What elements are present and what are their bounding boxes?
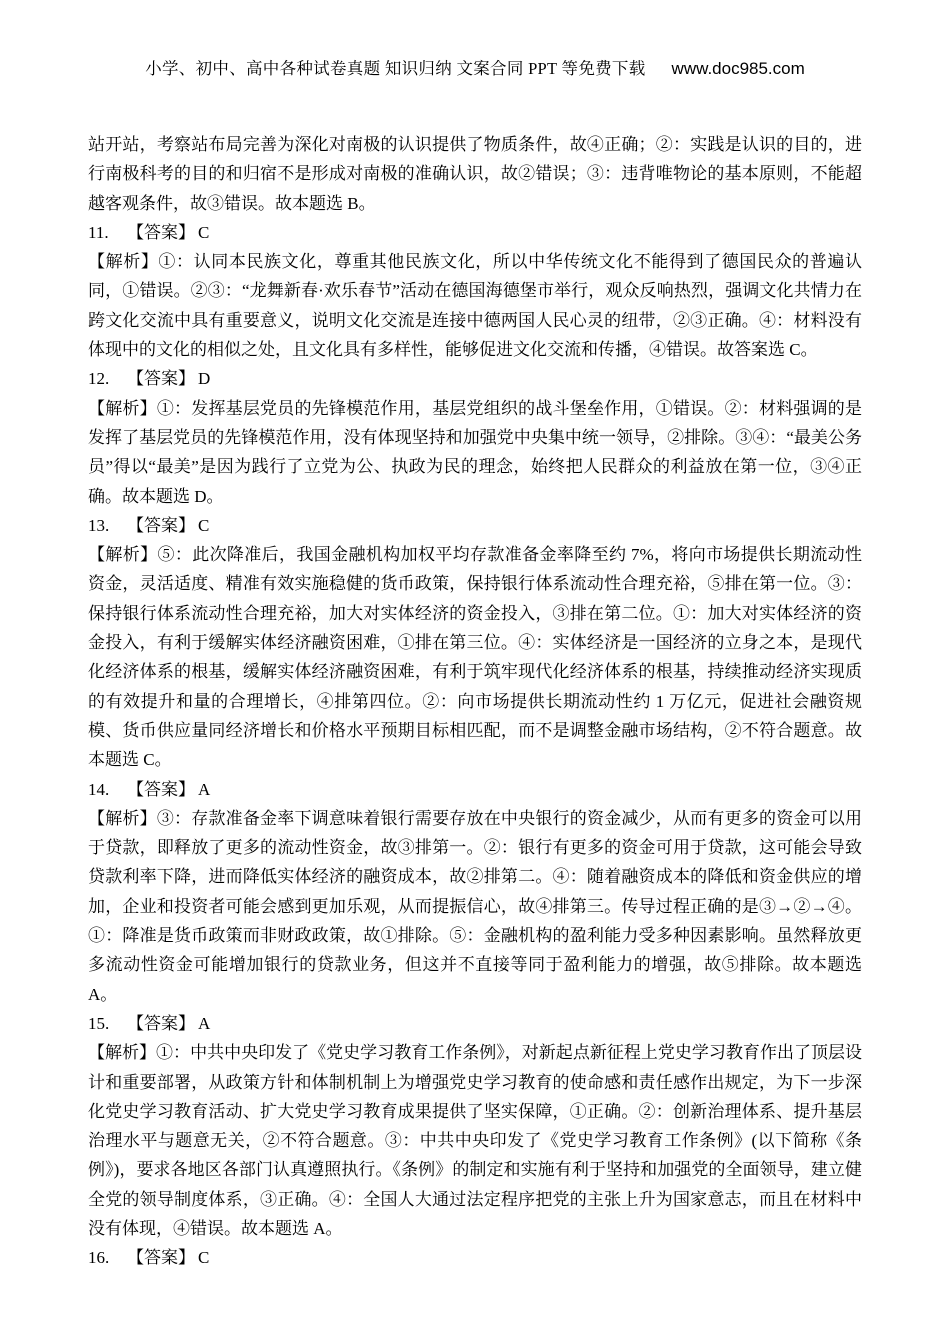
document-page: 小学、初中、高中各种试卷真题 知识归纳 文案合同 PPT 等免费下载www.do… xyxy=(0,0,950,1344)
analysis-text: ①：发挥基层党员的先锋模范作用，基层党组织的战斗堡垒作用，①错误。②：材料强调的… xyxy=(88,399,862,506)
analysis-label: 【解析】 xyxy=(88,809,157,828)
analysis-paragraph-15: 【解析】①：中共中央印发了《党史学习教育工作条例》，对新起点新征程上党史学习教育… xyxy=(88,1038,862,1243)
analysis-paragraph-12: 【解析】①：发挥基层党员的先锋模范作用，基层党组织的战斗堡垒作用，①错误。②：材… xyxy=(88,394,862,511)
question-number: 12. xyxy=(88,364,127,393)
question-number: 11. xyxy=(88,218,127,247)
answer-letter: A xyxy=(198,780,210,799)
question-number: 16. xyxy=(88,1243,127,1272)
answer-line-11: 11.【答案】C xyxy=(88,218,862,247)
answer-line-16: 16.【答案】C xyxy=(88,1243,862,1272)
analysis-text: ①：中共中央印发了《党史学习教育工作条例》，对新起点新征程上党史学习教育作出了顶… xyxy=(88,1043,862,1238)
answer-line-13: 13.【答案】C xyxy=(88,511,862,540)
answer-letter: D xyxy=(198,369,210,388)
answer-label: 【答案】 xyxy=(127,1248,195,1267)
answer-letter: A xyxy=(198,1014,210,1033)
question-number: 13. xyxy=(88,511,127,540)
continuation-paragraph: 站开站，考察站布局完善为深化对南极的认识提供了物质条件，故④正确；②：实践是认识… xyxy=(88,130,862,218)
analysis-text: ①：认同本民族文化，尊重其他民族文化，所以中华传统文化不能得到了德国民众的普遍认… xyxy=(88,252,862,359)
answer-line-15: 15.【答案】A xyxy=(88,1009,862,1038)
question-number: 15. xyxy=(88,1009,127,1038)
header-promo-text: 小学、初中、高中各种试卷真题 知识归纳 文案合同 PPT 等免费下载 xyxy=(145,59,645,78)
answer-letter: C xyxy=(198,1248,209,1267)
analysis-text: ③：存款准备金率下调意味着银行需要存放在中央银行的资金减少，从而有更多的资金可以… xyxy=(88,809,862,1004)
answer-label: 【答案】 xyxy=(127,369,195,388)
analysis-text: ⑤：此次降准后，我国金融机构加权平均存款准备金率降至约 7%，将向市场提供长期流… xyxy=(88,545,862,769)
header-site-url: www.doc985.com xyxy=(672,59,805,78)
doc-header: 小学、初中、高中各种试卷真题 知识归纳 文案合同 PPT 等免费下载www.do… xyxy=(0,55,950,79)
answer-label: 【答案】 xyxy=(127,223,195,242)
analysis-label: 【解析】 xyxy=(88,545,157,564)
analysis-label: 【解析】 xyxy=(88,399,157,418)
answer-label: 【答案】 xyxy=(127,780,195,799)
answer-line-14: 14.【答案】A xyxy=(88,775,862,804)
answer-line-12: 12.【答案】D xyxy=(88,364,862,393)
analysis-paragraph-11: 【解析】①：认同本民族文化，尊重其他民族文化，所以中华传统文化不能得到了德国民众… xyxy=(88,247,862,364)
analysis-label: 【解析】 xyxy=(88,1043,156,1062)
answer-label: 【答案】 xyxy=(127,1014,195,1033)
question-number: 14. xyxy=(88,775,127,804)
analysis-paragraph-13: 【解析】⑤：此次降准后，我国金融机构加权平均存款准备金率降至约 7%，将向市场提… xyxy=(88,540,862,774)
analysis-paragraph-14: 【解析】③：存款准备金率下调意味着银行需要存放在中央银行的资金减少，从而有更多的… xyxy=(88,804,862,1009)
answer-label: 【答案】 xyxy=(127,516,195,535)
answer-letter: C xyxy=(198,223,209,242)
analysis-label: 【解析】 xyxy=(88,252,158,271)
answer-letter: C xyxy=(198,516,209,535)
document-body: 站开站，考察站布局完善为深化对南极的认识提供了物质条件，故④正确；②：实践是认识… xyxy=(88,130,862,1273)
